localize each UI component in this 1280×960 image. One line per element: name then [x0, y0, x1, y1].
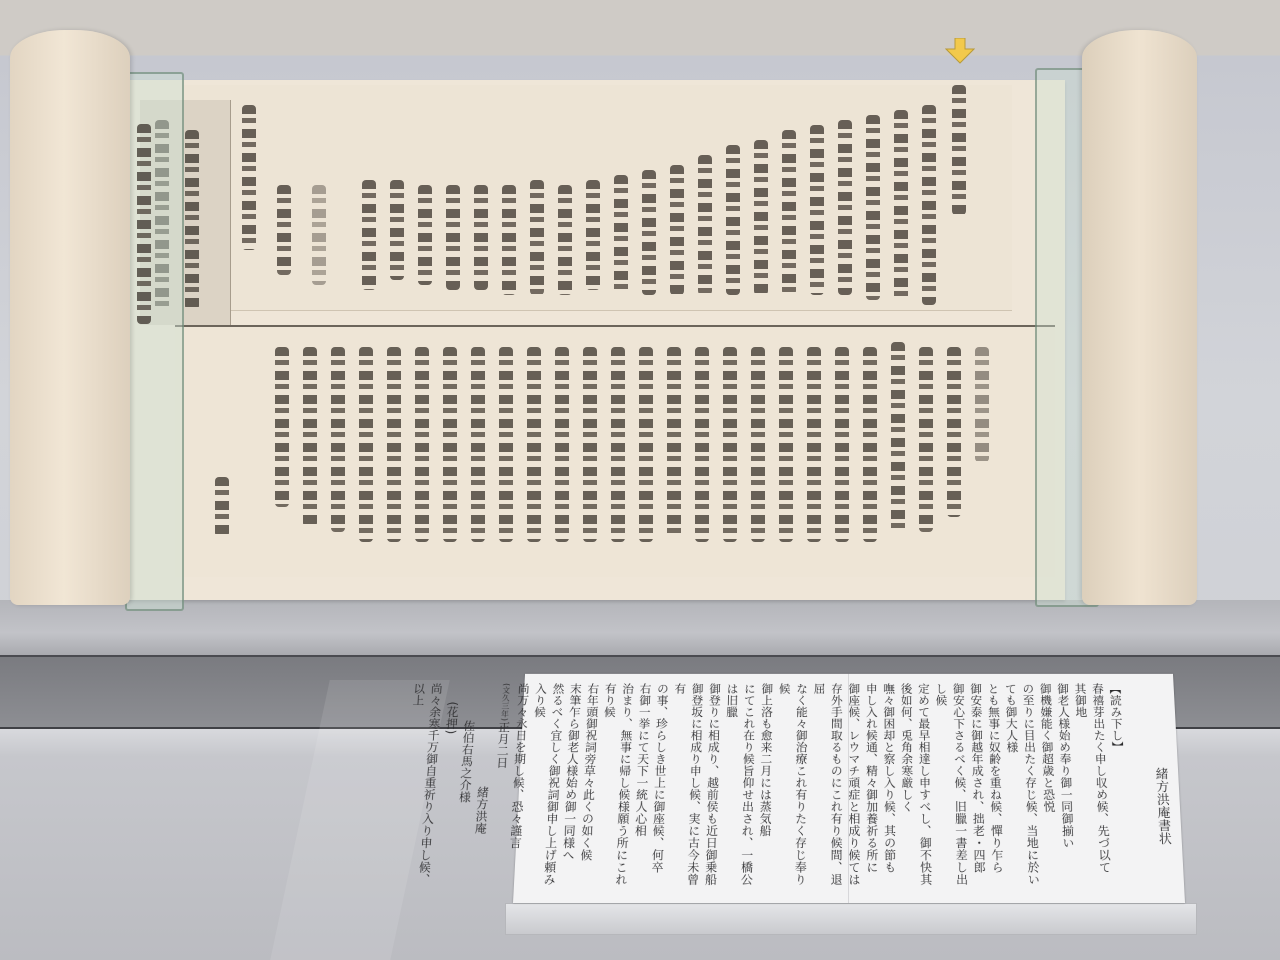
handwriting-column	[446, 185, 460, 290]
caption-line: 存外手間取るものにこれ有り候間、退屈	[809, 683, 845, 893]
handwriting-column	[275, 347, 289, 507]
handwriting-column	[359, 347, 373, 542]
handwriting-column	[614, 175, 628, 295]
handwriting-column	[443, 347, 457, 542]
caption-era-note: (文久三年)	[500, 683, 511, 721]
handwriting-column	[362, 180, 376, 290]
handwriting-column	[583, 347, 597, 542]
handwriting-column	[667, 347, 681, 537]
caption-line: にてこれ在り候旨仰せ出され、一橋公は旧臘	[719, 683, 758, 893]
handwriting-column	[474, 185, 488, 290]
handwriting-column	[726, 145, 740, 295]
handwriting-column	[303, 347, 317, 527]
scroll-upper-sheet	[182, 85, 1012, 311]
handwriting-column	[277, 185, 291, 275]
handwriting-column	[390, 180, 404, 280]
handwriting-column	[922, 105, 936, 305]
handwriting-column	[502, 185, 516, 295]
handwriting-column	[137, 124, 151, 324]
handwriting-column	[415, 347, 429, 542]
caption-line: 御上洛も愈来二月には蒸気船	[755, 683, 775, 893]
scroll-roller-left	[10, 30, 130, 605]
handwriting-column	[807, 347, 821, 542]
handwriting-column	[975, 347, 989, 462]
caption-line: の至りに目出たく存じ候、当地に於いても御大人様	[1002, 683, 1043, 893]
handwriting-column	[698, 155, 712, 295]
handwriting-column	[894, 110, 908, 300]
handwriting-column	[919, 347, 933, 532]
caption-card: 緒方洪庵書状 【読み下し】 春禧芽出たく申し収め候、先づ以て 其御地 御老人様始…	[513, 674, 1185, 903]
signature-stroke	[215, 477, 229, 537]
glass-weight-left	[125, 72, 184, 611]
caption-line: 申し入れ候通、精々御加養祈る所に	[863, 683, 881, 893]
handwriting-column	[586, 180, 600, 290]
handwriting-column	[418, 185, 432, 285]
handwriting-column	[611, 347, 625, 542]
handwriting-column	[670, 165, 684, 295]
display-ledge	[0, 600, 1280, 657]
handwriting-column	[891, 342, 905, 532]
scroll-lower-sheet	[175, 325, 1055, 577]
handwriting-column	[947, 347, 961, 517]
caption-text: 緒方洪庵書状 【読み下し】 春禧芽出たく申し収め候、先づ以て 其御地 御老人様始…	[524, 683, 1175, 893]
handwriting-column	[471, 347, 485, 542]
scroll-roller-right	[1082, 30, 1197, 605]
handwriting-column	[863, 347, 877, 542]
handwriting-column	[782, 130, 796, 295]
handwriting-column	[695, 347, 709, 542]
handwriting-column	[387, 347, 401, 542]
handwriting-column	[810, 125, 824, 295]
handwriting-column	[952, 85, 966, 215]
handwriting-column	[555, 347, 569, 542]
handwriting-column	[530, 180, 544, 295]
caption-line: 定めて最早相達し申すべし、御不快其	[915, 683, 935, 893]
handwriting-column	[835, 347, 849, 542]
card-stand	[505, 903, 1197, 935]
caption-line: 後如何、兎角余寒厳しく	[897, 683, 917, 893]
handwriting-column	[242, 105, 256, 250]
handwriting-column	[558, 185, 572, 295]
caption-line: 嘸々御困却と察し入り候、其の節も	[880, 683, 899, 893]
caption-line: 御登坂に相成り申し候、実に古今未曾有	[665, 683, 706, 893]
arrow-down-icon	[945, 38, 975, 64]
handwriting-column	[838, 120, 852, 295]
handwriting-column	[185, 130, 199, 310]
handwriting-column	[751, 347, 765, 542]
handwriting-column	[779, 347, 793, 542]
caption-line: 御座候、レウマチ頑症と相成り候ては	[845, 683, 863, 893]
handwriting-column	[331, 347, 345, 532]
handwriting-column	[754, 140, 768, 295]
caption-line: 御安心下さるべく候、旧臘一書差し出し候	[932, 683, 971, 893]
caption-line: なく能々御治療これ有りたく存じ奉り候	[773, 683, 810, 893]
handwriting-column	[639, 347, 653, 542]
handwriting-column	[527, 347, 541, 542]
handwriting-column	[499, 347, 513, 542]
handwriting-column	[866, 115, 880, 300]
handwriting-column	[723, 347, 737, 542]
caption-title: 緒方洪庵書状	[1150, 767, 1174, 893]
handwriting-column	[642, 170, 656, 295]
handwriting-column	[312, 185, 326, 285]
